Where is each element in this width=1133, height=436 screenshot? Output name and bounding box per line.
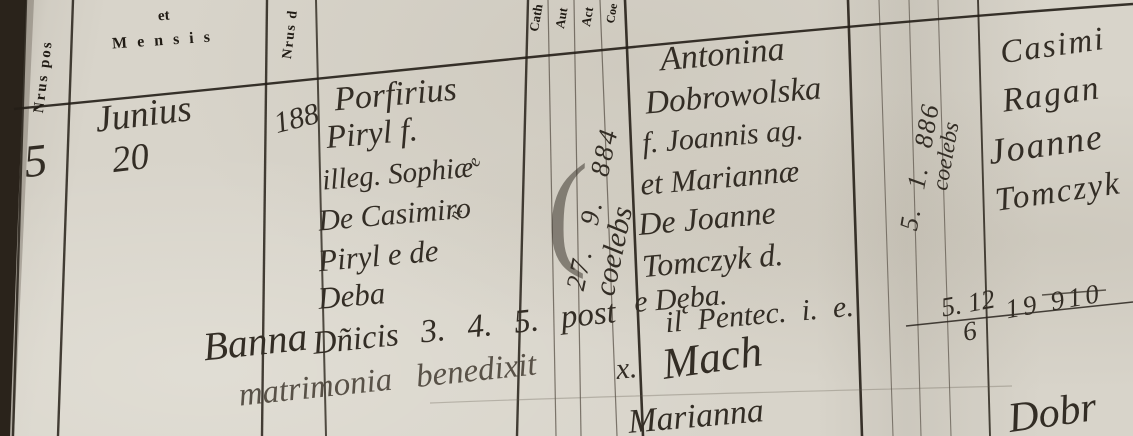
header-act: Act: [578, 6, 597, 28]
next-witness-partial: Dobr: [1006, 386, 1100, 436]
banns-label: Banna: [201, 317, 309, 368]
column-line: [879, 0, 893, 436]
register-page: Nrus pos et M e n s i s Nrus d Cath Aut …: [0, 0, 1133, 436]
record-number: 5: [22, 137, 50, 185]
header-et: et: [157, 8, 170, 26]
groom-line: Piryl f.: [325, 114, 419, 155]
column-line: [938, 0, 951, 436]
groom-line: Deba: [317, 277, 387, 314]
record-day: 20: [110, 138, 151, 179]
column-line: [978, 0, 990, 436]
column-line: [262, 0, 267, 436]
blessing-x-mark: x.: [614, 353, 638, 385]
column-line: [848, 0, 862, 436]
column-line: [58, 0, 73, 436]
